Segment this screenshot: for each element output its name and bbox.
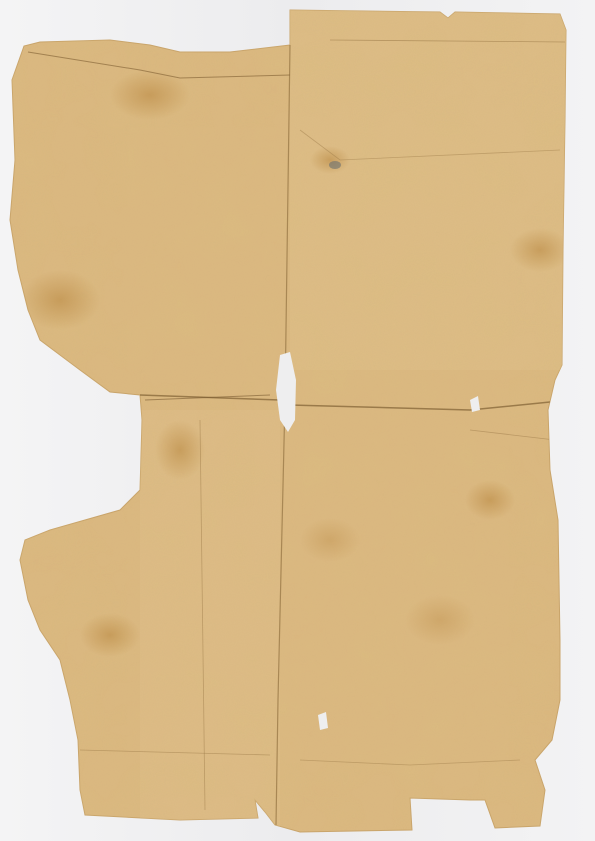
torn-paper — [0, 0, 595, 841]
